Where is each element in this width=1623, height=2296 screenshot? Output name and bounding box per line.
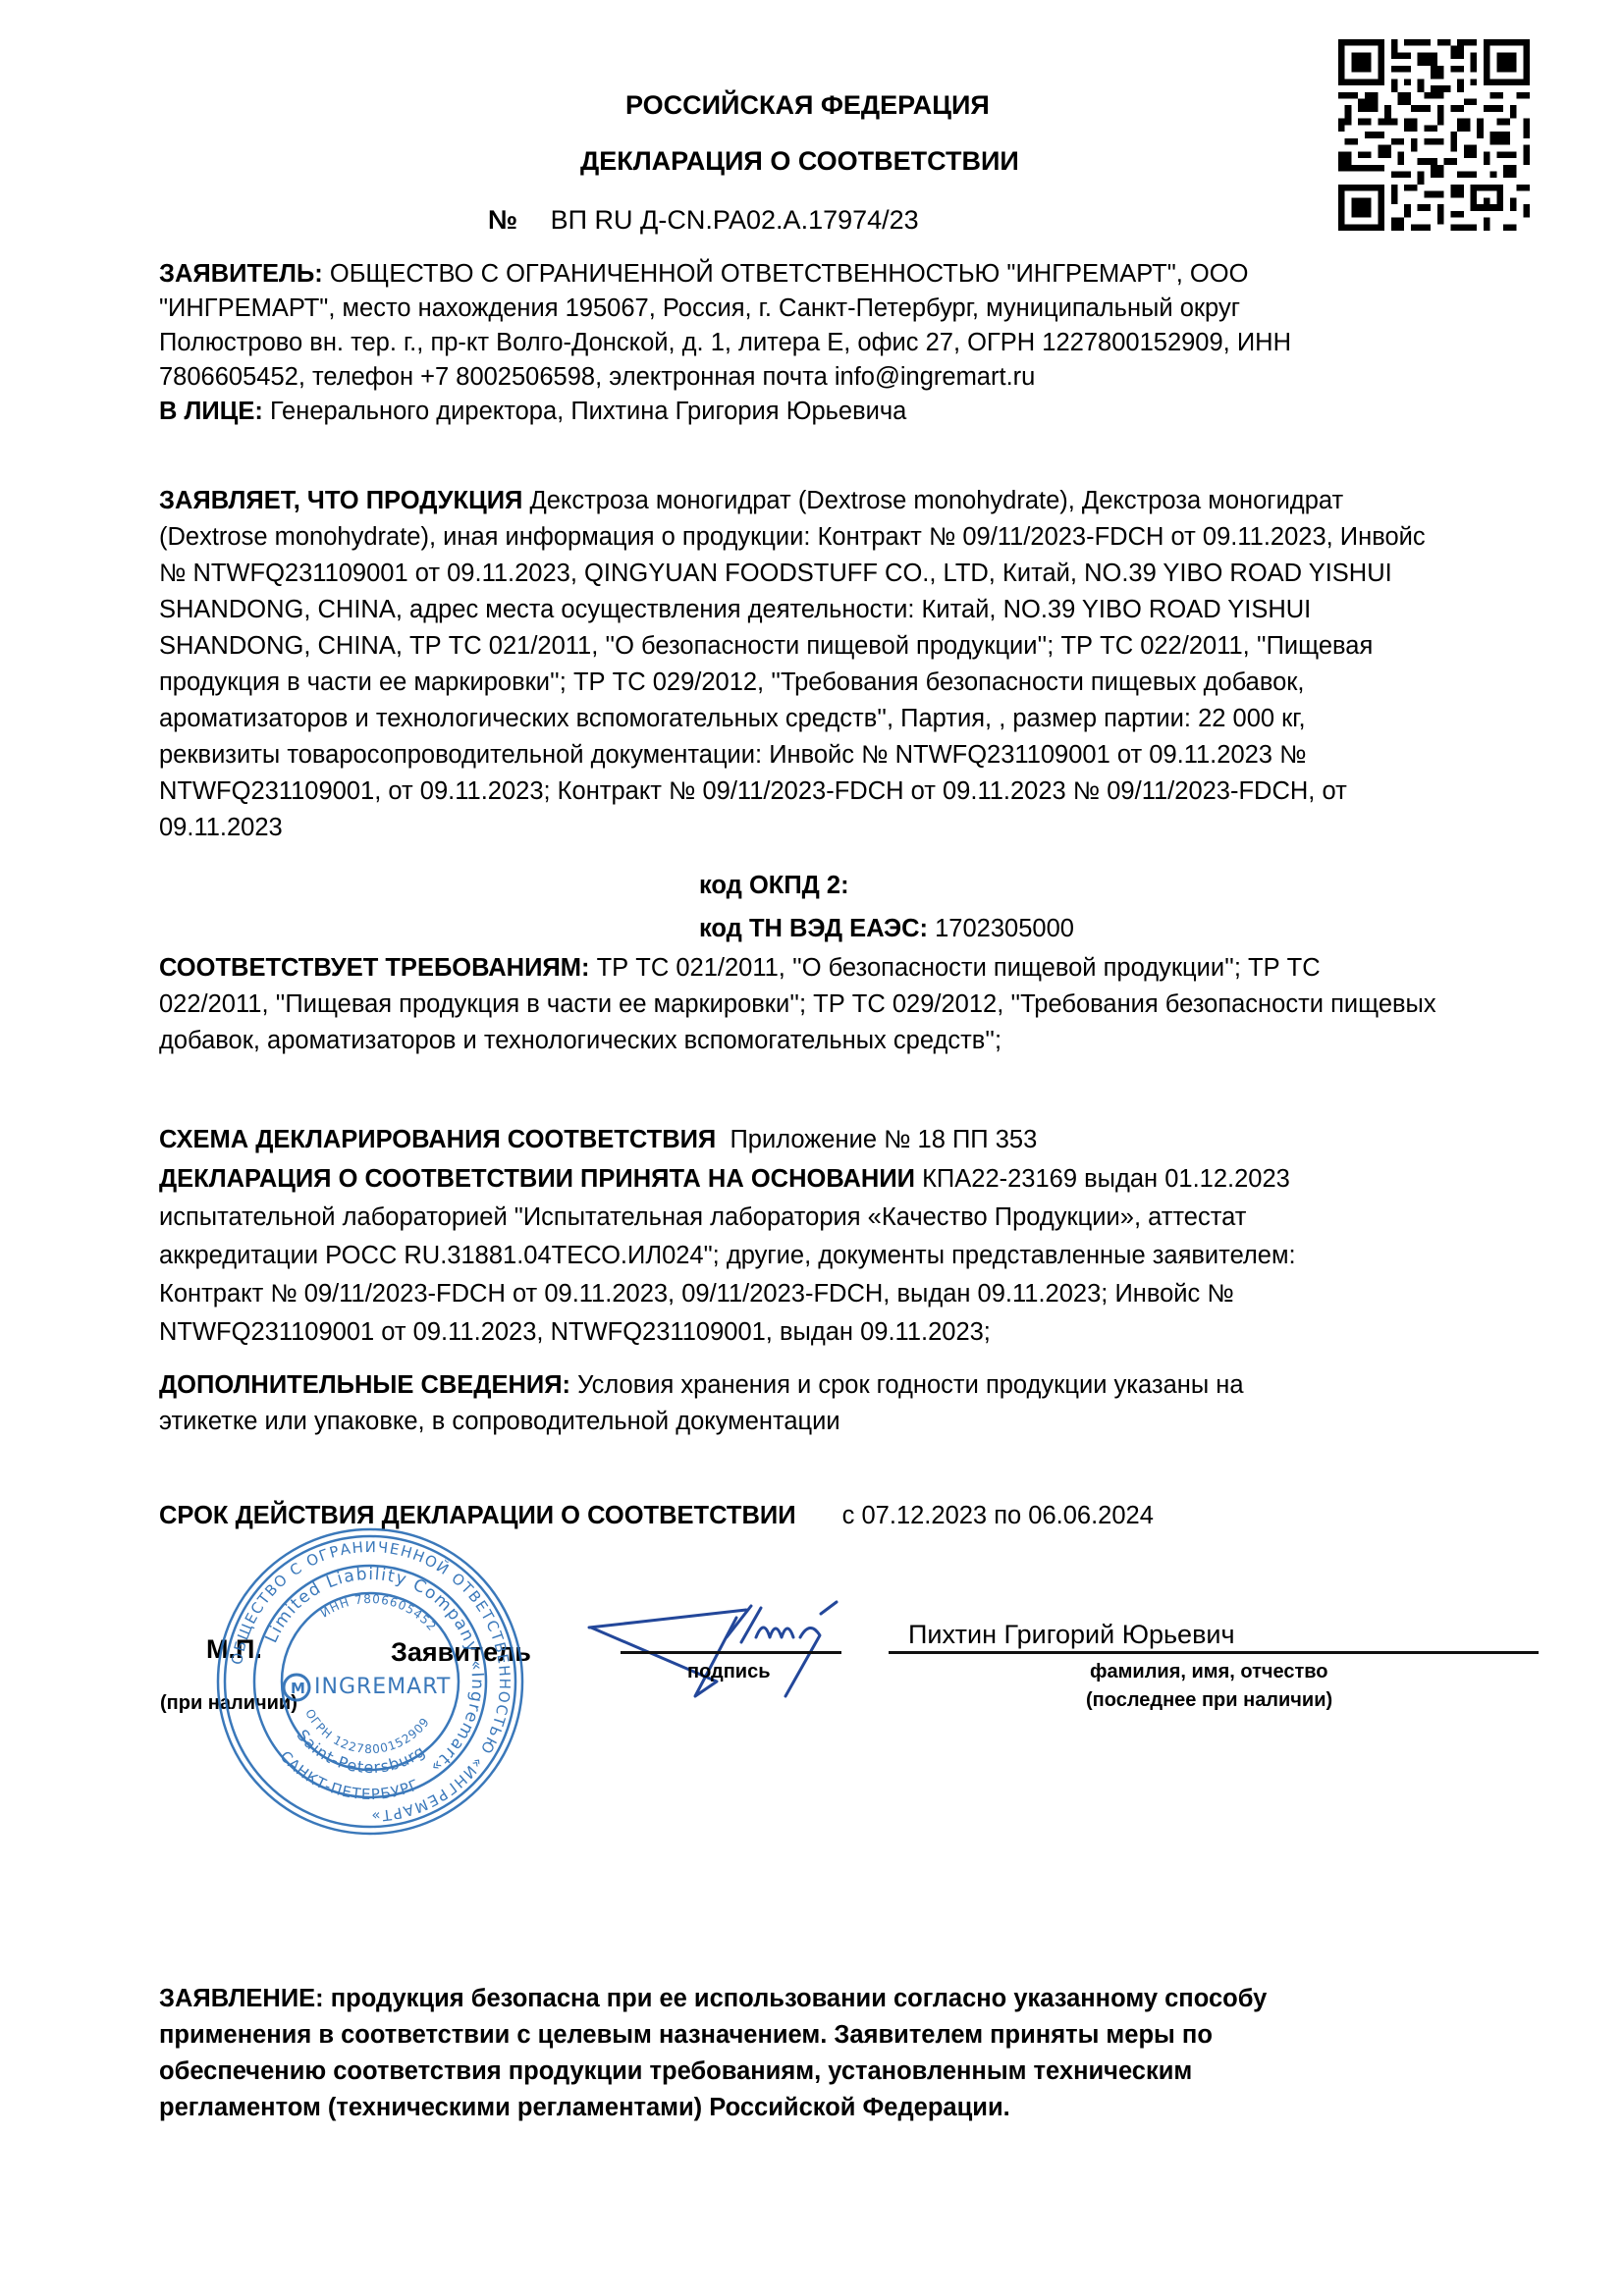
country-heading: РОССИЙСКАЯ ФЕДЕРАЦИЯ <box>625 90 990 121</box>
applicant-line: "ИНГРЕМАРТ", место нахождения 195067, Ро… <box>159 292 1573 326</box>
applicant-label: ЗАЯВИТЕЛЬ: <box>159 260 323 288</box>
scheme-label: СХЕМА ДЕКЛАРИРОВАНИЯ СООТВЕТСТВИЯ <box>159 1126 716 1153</box>
applicant-line: 7806605452, телефон +7 8002506598, элект… <box>159 360 1573 395</box>
okpd-code: код ОКПД 2: <box>699 872 849 900</box>
signature-line <box>621 1651 841 1654</box>
basis-section: ДЕКЛАРАЦИЯ О СООТВЕТСТВИИ ПРИНЯТА НА ОСН… <box>159 1160 1573 1352</box>
signer-name: Пихтин Григорий Юрьевич <box>908 1620 1235 1650</box>
product-line: № NTWFQ231109001 от 09.11.2023, QINGYUAN… <box>159 556 1573 592</box>
signature-caption: подпись <box>687 1661 771 1683</box>
basis-line: аккредитации РОСС RU.31881.04ТЕСО.ИЛ024"… <box>159 1237 1573 1275</box>
qr-code-icon <box>1338 39 1530 231</box>
product-line: NTWFQ231109001, от 09.11.2023; Контракт … <box>159 774 1573 810</box>
declaration-number: № ВП RU Д-CN.РА02.А.17974/23 <box>488 205 919 236</box>
tnved-label: код ТН ВЭД ЕАЭС: <box>699 915 928 942</box>
name-caption-note: (последнее при наличии) <box>1086 1689 1332 1712</box>
additional-line: этикетке или упаковке, в сопроводительно… <box>159 1404 1573 1440</box>
requirements-line: добавок, ароматизаторов и технологически… <box>159 1023 1573 1059</box>
product-line: SHANDONG, CHINA, ТР ТС 021/2011, ''О без… <box>159 628 1573 665</box>
requirements-section: СООТВЕТСТВУЕТ ТРЕБОВАНИЯМ: ТР ТС 021/201… <box>159 950 1573 1059</box>
number-value: ВП RU Д-CN.РА02.А.17974/23 <box>551 205 919 235</box>
basis-line: ДЕКЛАРАЦИЯ О СООТВЕТСТВИИ ПРИНЯТА НА ОСН… <box>159 1160 1573 1199</box>
number-sign: № <box>488 205 517 235</box>
basis-line: испытательной лабораторией "Испытательна… <box>159 1199 1573 1237</box>
svg-text:INGREMART: INGREMART <box>314 1675 451 1699</box>
scheme-value: Приложение № 18 ПП 353 <box>730 1126 1037 1153</box>
svg-text:M: M <box>291 1680 305 1697</box>
basis-line: Контракт № 09/11/2023-FDCH от 09.11.2023… <box>159 1275 1573 1313</box>
tnved-value: 1702305000 <box>935 915 1074 942</box>
representative-label: В ЛИЦЕ: <box>159 398 263 425</box>
document-title: ДЕКЛАРАЦИЯ О СООТВЕТСТВИИ <box>580 146 1019 177</box>
statement-line: обеспечению соответствия продукции требо… <box>159 2054 1573 2090</box>
requirements-line: 022/2011, ''Пищевая продукция в части ее… <box>159 987 1573 1023</box>
product-line: ароматизаторов и технологических вспомог… <box>159 701 1573 737</box>
product-line: SHANDONG, CHINA, адрес места осуществлен… <box>159 592 1573 628</box>
product-line: ЗАЯВЛЯЕТ, ЧТО ПРОДУКЦИЯ Декстроза моноги… <box>159 483 1573 519</box>
product-line: (Dextrose monohydrate), иная информация … <box>159 519 1573 556</box>
basis-line: NTWFQ231109001 от 09.11.2023, NTWFQ23110… <box>159 1313 1573 1352</box>
tnved-code: код ТН ВЭД ЕАЭС: 1702305000 <box>699 915 1074 943</box>
okpd-label: код ОКПД 2: <box>699 872 849 899</box>
company-stamp-icon: ОБЩЕСТВО С ОГРАНИЧЕННОЙ ОТВЕТСТВЕННОСТЬЮ… <box>208 1524 532 1839</box>
product-section: ЗАЯВЛЯЕТ, ЧТО ПРОДУКЦИЯ Декстроза моноги… <box>159 483 1573 846</box>
product-label: ЗАЯВЛЯЕТ, ЧТО ПРОДУКЦИЯ <box>159 487 522 514</box>
additional-section: ДОПОЛНИТЕЛЬНЫЕ СВЕДЕНИЯ: Условия хранени… <box>159 1367 1573 1440</box>
requirements-label: СООТВЕТСТВУЕТ ТРЕБОВАНИЯМ: <box>159 954 589 982</box>
product-line: продукция в части ее маркировки''; ТР ТС… <box>159 665 1573 701</box>
requirements-line: СООТВЕТСТВУЕТ ТРЕБОВАНИЯМ: ТР ТС 021/201… <box>159 950 1573 987</box>
name-caption: фамилия, имя, отчество <box>1090 1661 1328 1683</box>
statement-label: ЗАЯВЛЕНИЕ: <box>159 1985 324 2012</box>
applicant-line: ЗАЯВИТЕЛЬ: ОБЩЕСТВО С ОГРАНИЧЕННОЙ ОТВЕТ… <box>159 257 1573 292</box>
statement-section: ЗАЯВЛЕНИЕ: продукция безопасна при ее ис… <box>159 1981 1573 2126</box>
validity-value: с 07.12.2023 по 06.06.2024 <box>842 1502 1154 1529</box>
statement-line: ЗАЯВЛЕНИЕ: продукция безопасна при ее ис… <box>159 1981 1573 2017</box>
additional-line: ДОПОЛНИТЕЛЬНЫЕ СВЕДЕНИЯ: Условия хранени… <box>159 1367 1573 1404</box>
representative-value: Генерального директора, Пихтина Григория… <box>270 398 906 425</box>
name-line <box>889 1651 1539 1654</box>
scheme-line: СХЕМА ДЕКЛАРИРОВАНИЯ СООТВЕТСТВИЯ Прилож… <box>159 1122 1573 1158</box>
product-line: 09.11.2023 <box>159 810 1573 846</box>
product-line: реквизиты товаросопроводительной докумен… <box>159 737 1573 774</box>
statement-line: регламентом (техническими регламентами) … <box>159 2090 1573 2126</box>
statement-line: применения в соответствии с целевым назн… <box>159 2017 1573 2054</box>
representative-line: В ЛИЦЕ: Генерального директора, Пихтина … <box>159 395 1573 429</box>
applicant-line: Полюстрово вн. тер. г., пр-кт Волго-Донс… <box>159 326 1573 360</box>
basis-label: ДЕКЛАРАЦИЯ О СООТВЕТСТВИИ ПРИНЯТА НА ОСН… <box>159 1165 915 1193</box>
applicant-section: ЗАЯВИТЕЛЬ: ОБЩЕСТВО С ОГРАНИЧЕННОЙ ОТВЕТ… <box>159 257 1573 429</box>
additional-label: ДОПОЛНИТЕЛЬНЫЕ СВЕДЕНИЯ: <box>159 1371 570 1399</box>
